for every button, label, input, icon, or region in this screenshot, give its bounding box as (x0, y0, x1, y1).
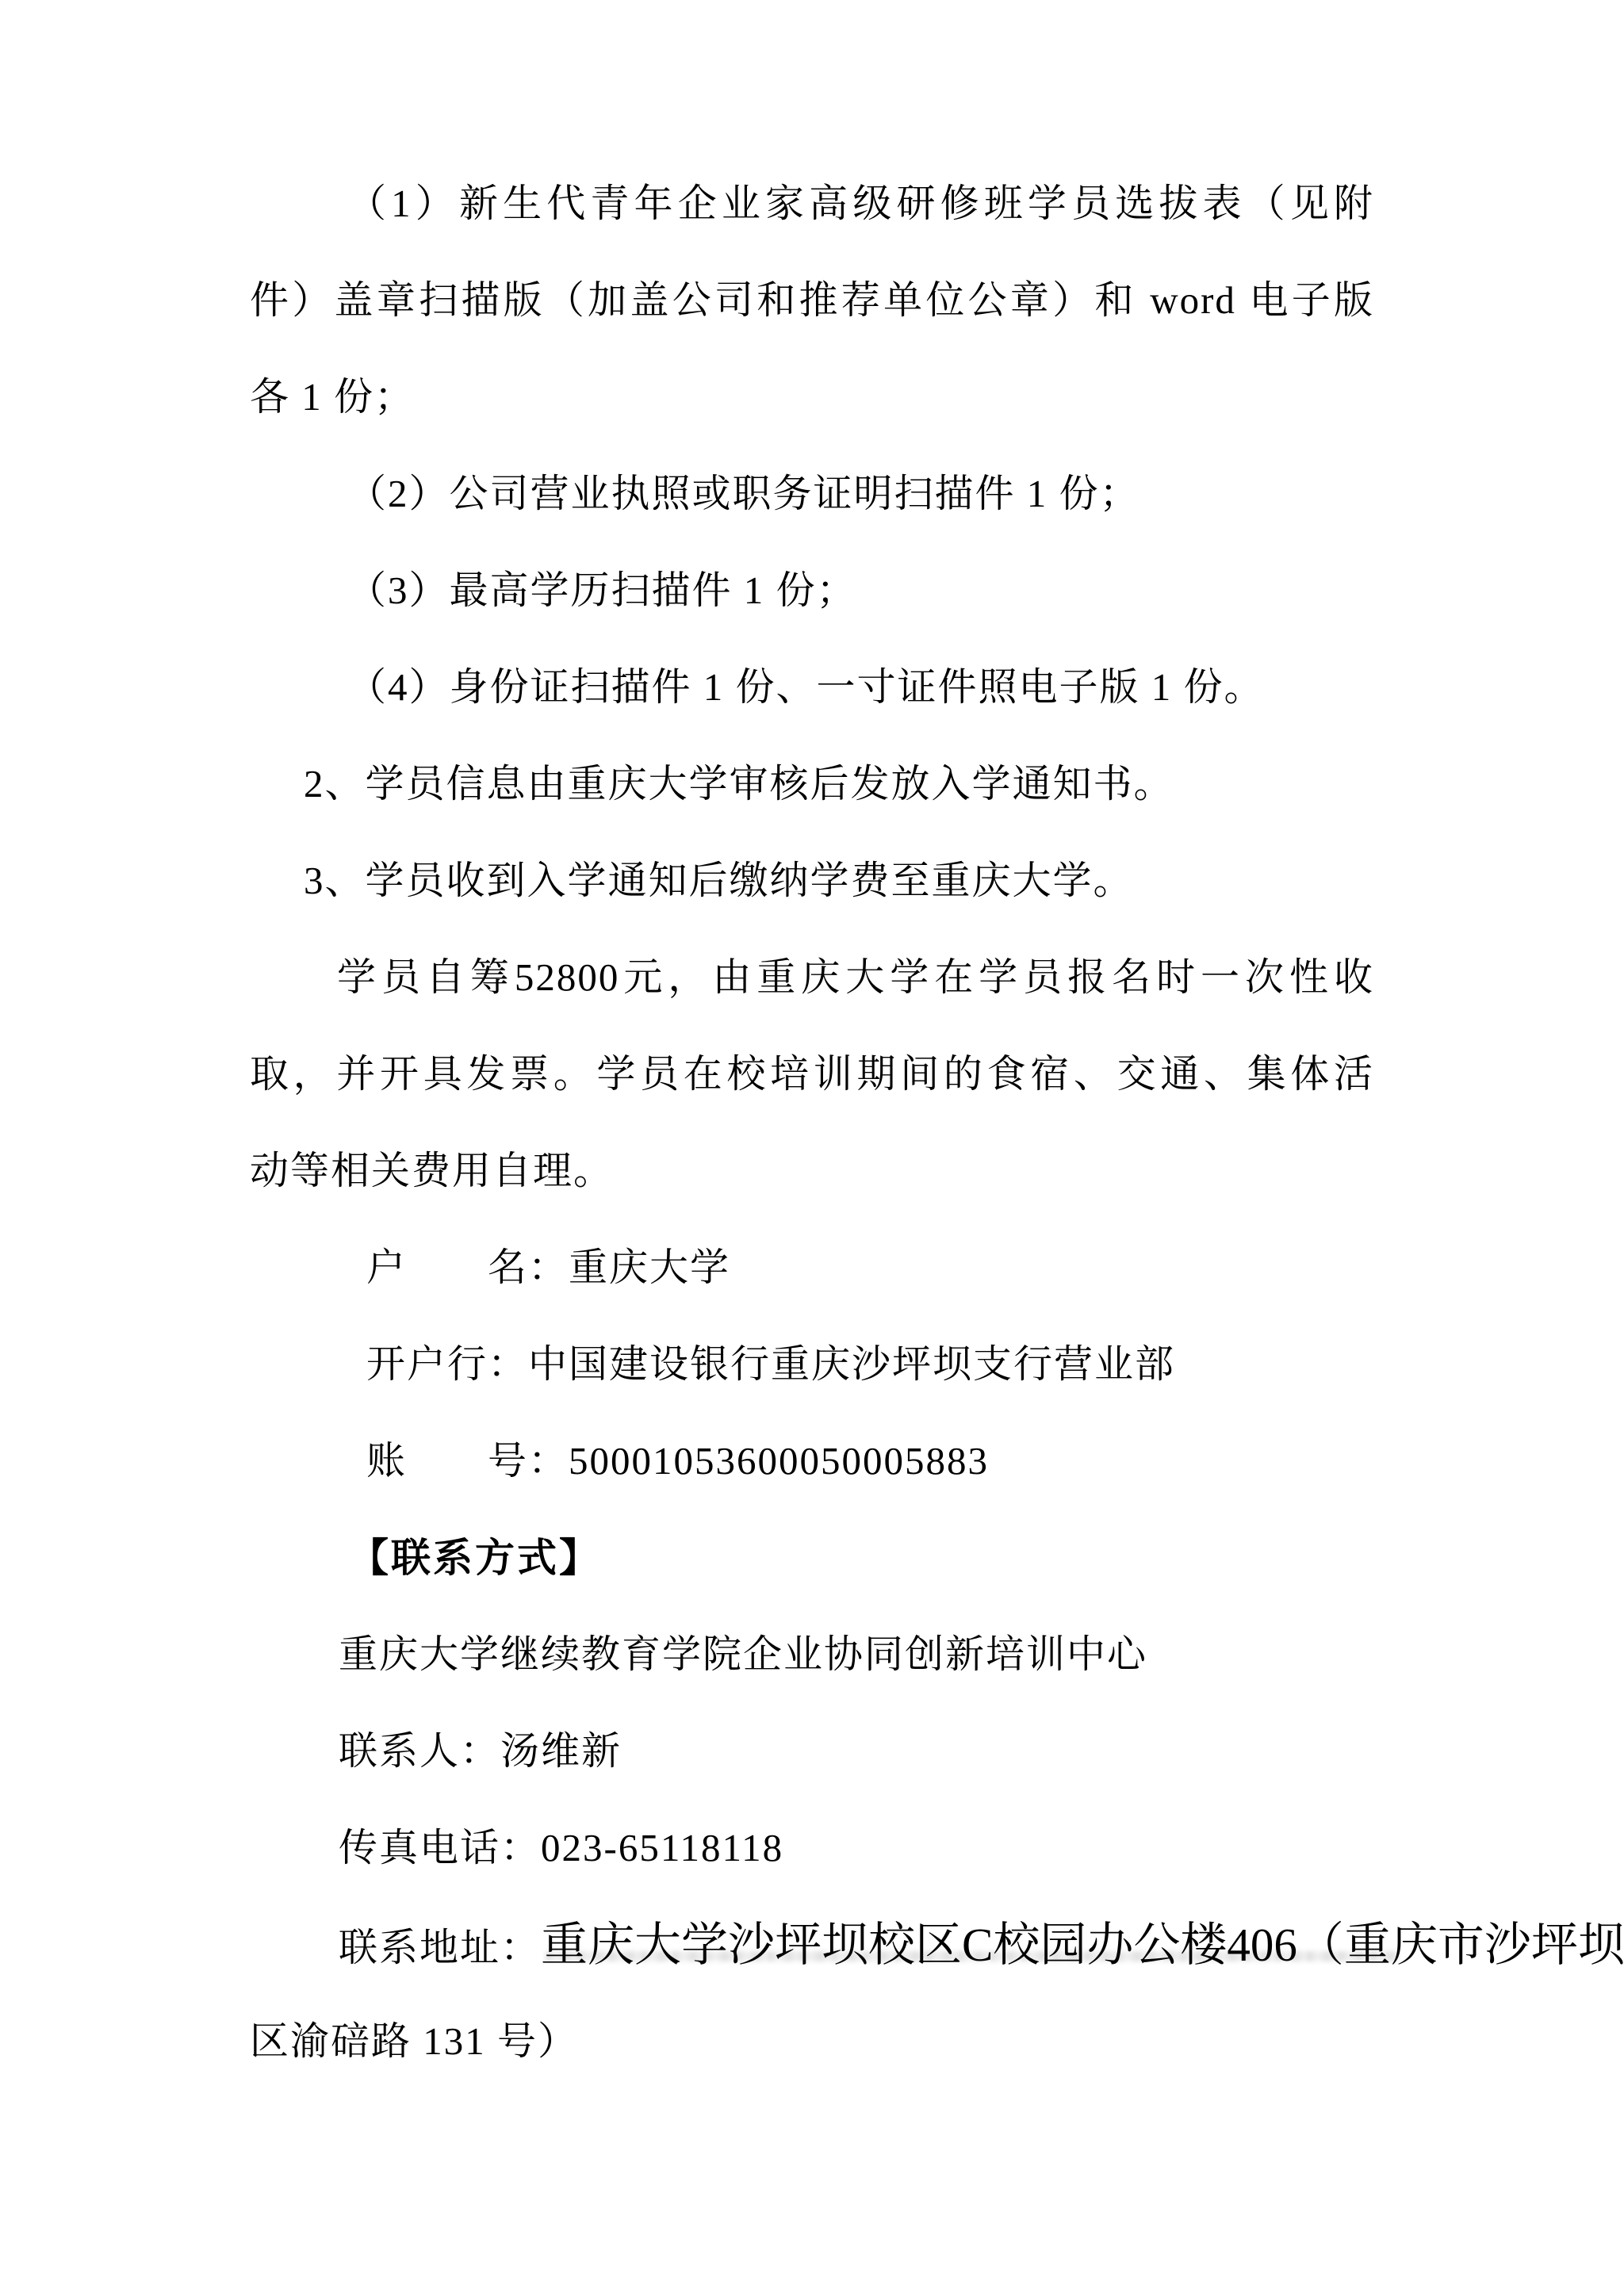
contact-section-heading: 【联系方式】 (250, 1510, 1374, 1606)
line-step-2: 2、学员信息由重庆大学审核后发放入学通知书。 (250, 736, 1374, 832)
line-tuition-paragraph-cont: 取，并开具发票。学员在校培训期间的食宿、交通、集体活 (250, 1026, 1374, 1123)
line-attachment-item-1: （1）新生代青年企业家高级研修班学员选拔表（见附 (250, 155, 1374, 252)
line-contact-person: 联系人：汤维新 (250, 1703, 1374, 1800)
line-tuition-paragraph-end: 动等相关费用自理。 (250, 1123, 1374, 1219)
line-contact-address-cont: 区渝碚路 131 号） (250, 1993, 1374, 2090)
line-bank-branch: 开户行：中国建设银行重庆沙坪坝支行营业部 (250, 1316, 1374, 1413)
line-tuition-paragraph: 学员自筹52800元，由重庆大学在学员报名时一次性收 (250, 929, 1374, 1026)
line-account-number: 账 号：50001053600050005883 (250, 1413, 1374, 1510)
document-page: （1）新生代青年企业家高级研修班学员选拔表（见附 件）盖章扫描版（加盖公司和推荐… (0, 0, 1624, 2296)
line-attachment-item-2: （2）公司营业执照或职务证明扫描件 1 份； (250, 446, 1374, 542)
line-contact-department: 重庆大学继续教育学院企业协同创新培训中心 (250, 1606, 1374, 1703)
line-attachment-item-3: （3）最高学历扫描件 1 份； (250, 542, 1374, 639)
contact-address-value: 重庆大学沙坪坝校区C校园办公楼406（重庆市沙坪坝 (541, 1919, 1624, 1971)
line-fax-phone: 传真电话：023-65118118 (250, 1800, 1374, 1896)
line-attachment-item-1-end: 各 1 份； (250, 349, 1374, 446)
line-step-3: 3、学员收到入学通知后缴纳学费至重庆大学。 (250, 832, 1374, 929)
contact-address-label: 联系地址： (339, 1926, 541, 1969)
line-account-holder: 户 名：重庆大学 (250, 1219, 1374, 1316)
line-attachment-item-4: （4）身份证扫描件 1 份、一寸证件照电子版 1 份。 (250, 639, 1374, 736)
line-attachment-item-1-cont: 件）盖章扫描版（加盖公司和推荐单位公章）和 word 电子版 (250, 252, 1374, 349)
document-body: （1）新生代青年企业家高级研修班学员选拔表（见附 件）盖章扫描版（加盖公司和推荐… (250, 155, 1374, 2090)
scan-artifact-smudge (546, 1951, 1398, 1961)
line-contact-address: 联系地址：重庆大学沙坪坝校区C校园办公楼406（重庆市沙坪坝 (250, 1896, 1374, 1993)
